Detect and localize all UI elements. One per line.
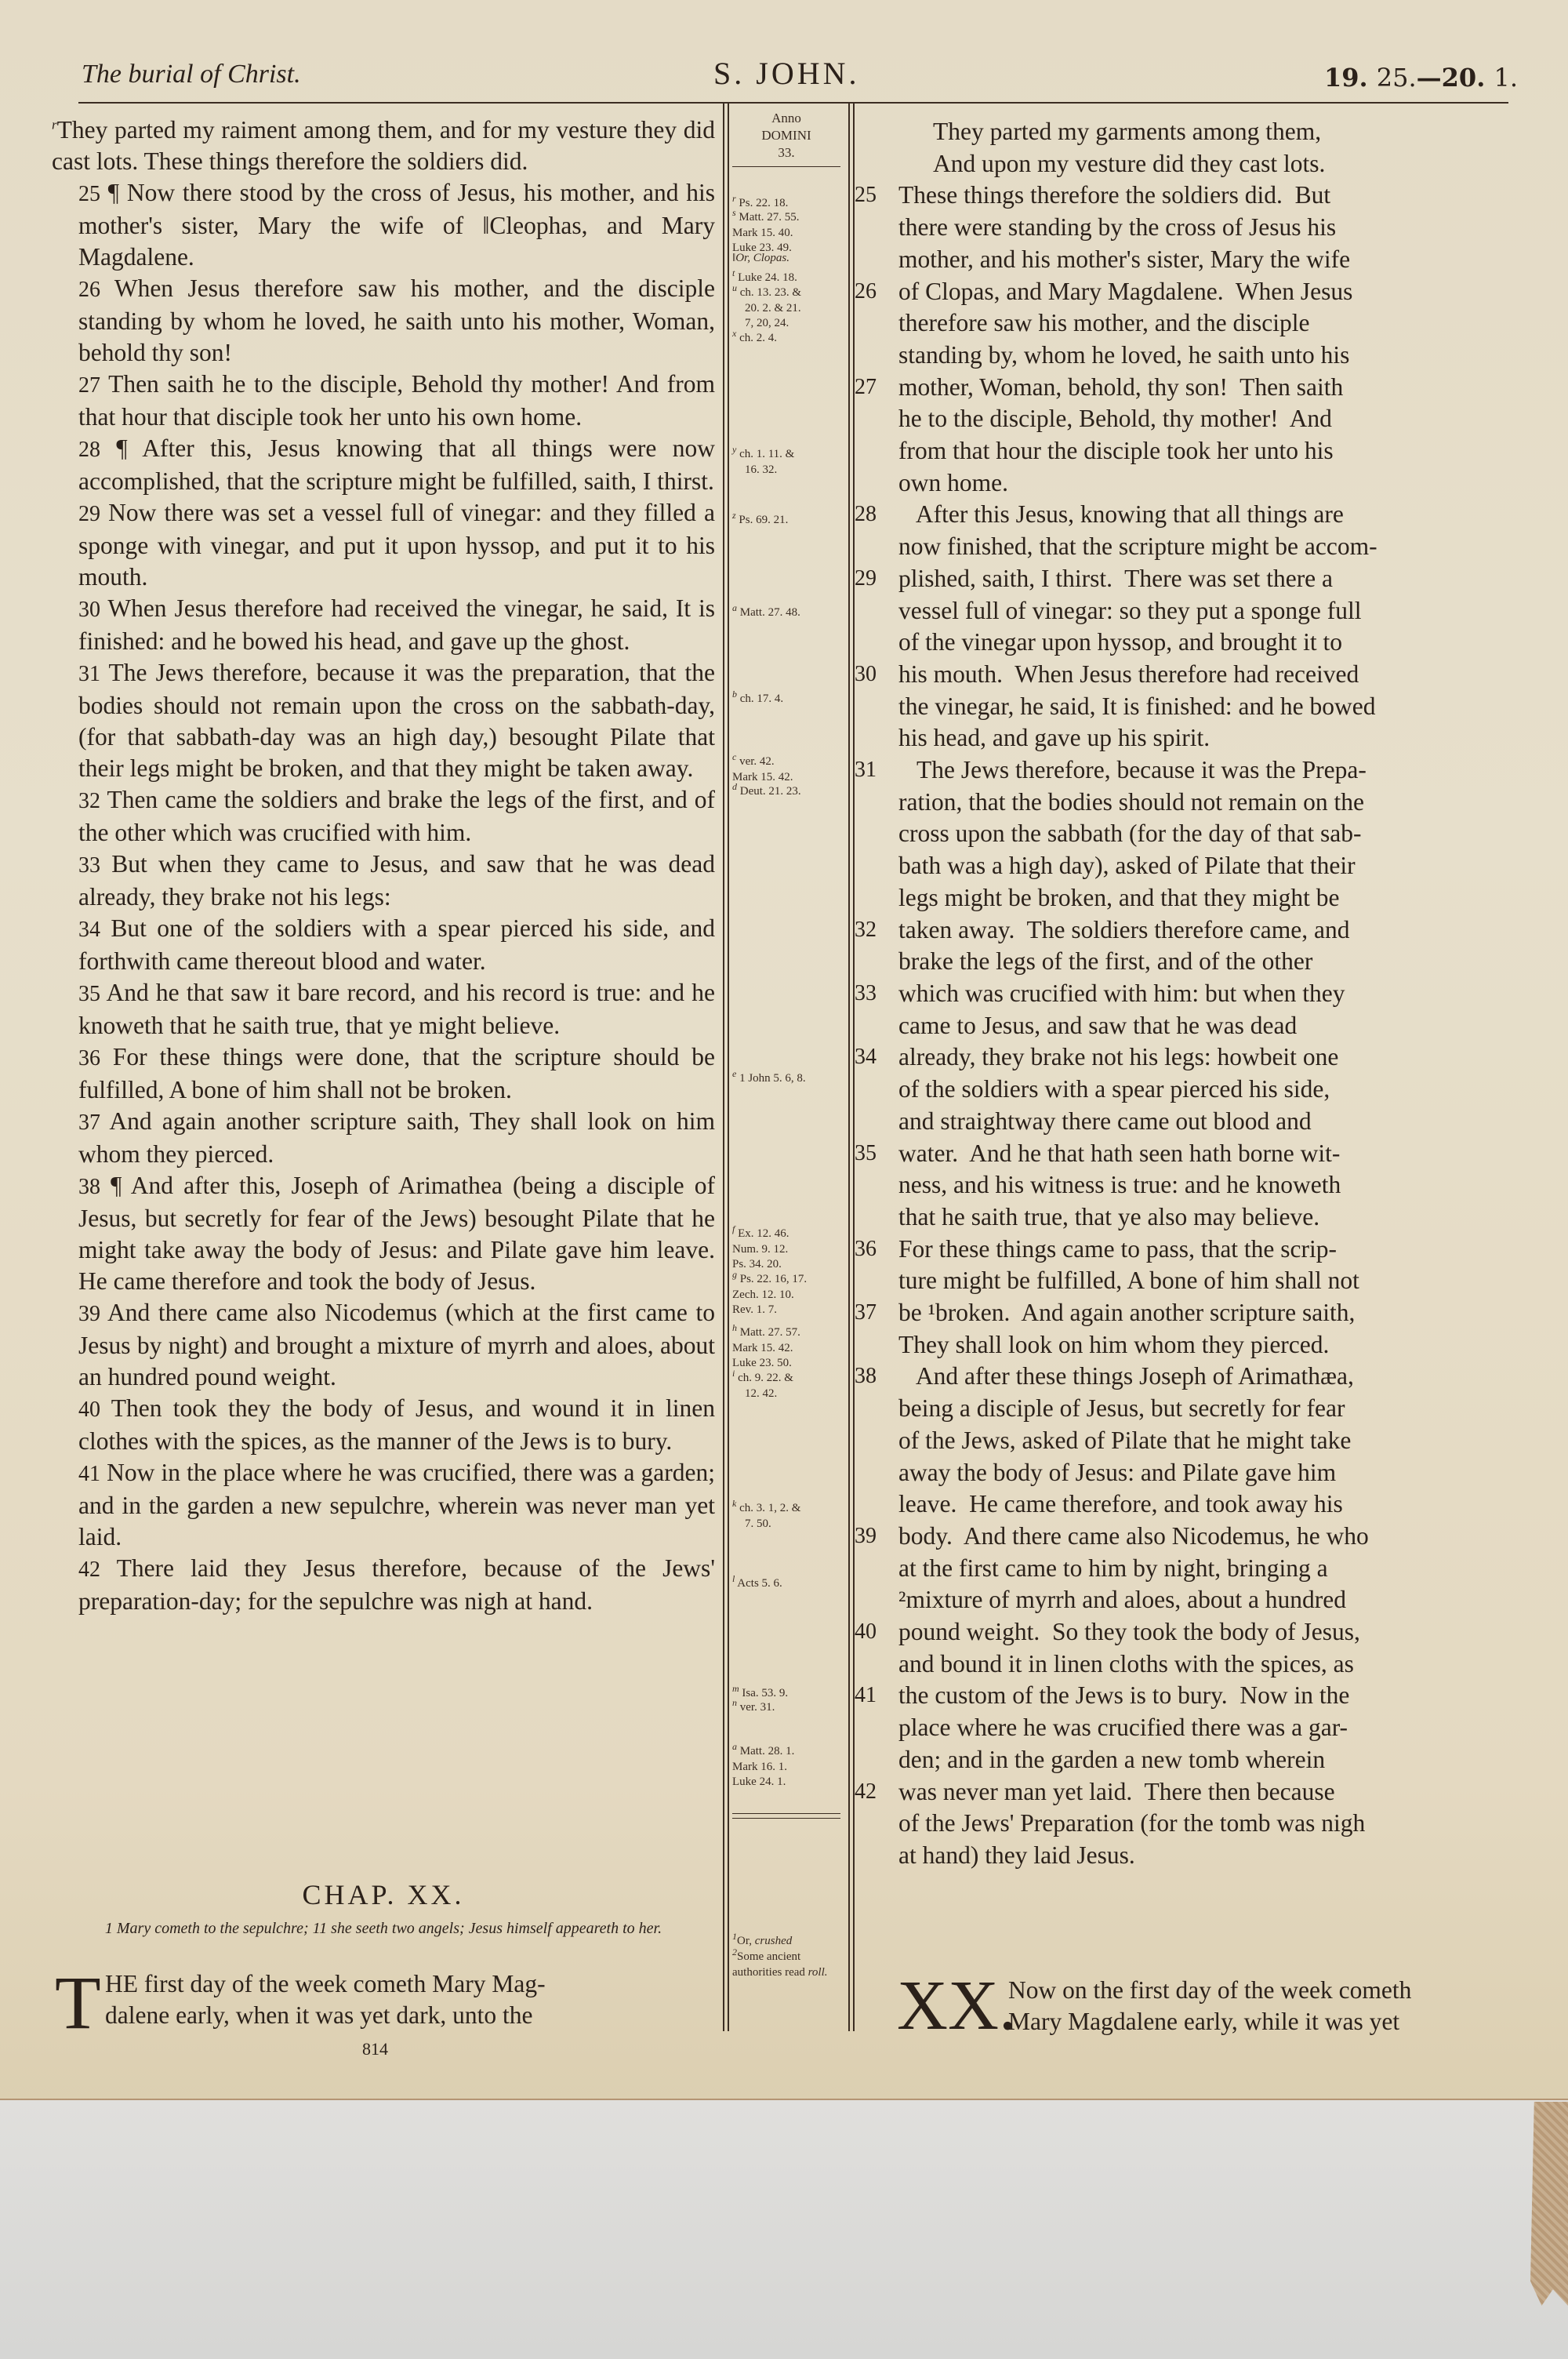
revised-version-column: They parted my garments among them, And … xyxy=(861,116,1516,1872)
revised-line: ²mixture of myrrh and aloes, about a hun… xyxy=(898,1584,1516,1616)
line-text: And after these things Joseph of Arimath… xyxy=(898,1362,1354,1390)
revised-line: ness, and his witness is true: and he kn… xyxy=(898,1169,1516,1201)
revised-line: leave. He came therefore, and took away … xyxy=(898,1488,1516,1521)
revised-line: of the vinegar upon hyssop, and brought … xyxy=(898,627,1516,659)
revised-line: that he saith true, that ye also may bel… xyxy=(898,1201,1516,1234)
line-text: of Clopas, and Mary Magdalene. When Jesu… xyxy=(898,278,1352,305)
line-text: the vinegar, he said, It is finished: an… xyxy=(898,692,1375,720)
revised-line: 34already, they brake not his legs: howb… xyxy=(898,1041,1516,1074)
verse-27: 27 Then saith he to the disciple, Behold… xyxy=(52,369,715,433)
verse-number: 38 xyxy=(855,1361,877,1393)
margin-ref-a: a Matt. 27. 48. xyxy=(732,601,842,621)
line-text: already, they brake not his legs: howbei… xyxy=(898,1043,1338,1070)
line-text: be ¹broken. And again another scripture … xyxy=(898,1299,1355,1326)
revised-line: 40pound weight. So they took the body of… xyxy=(898,1616,1516,1648)
revised-line: from that hour the disciple took her unt… xyxy=(898,435,1516,467)
poem-quote: They parted my garments among them, And … xyxy=(861,116,1516,180)
revised-line: 26of Clopas, and Mary Magdalene. When Je… xyxy=(898,276,1516,308)
margin-ref-x: x ch. 2. 4. xyxy=(732,326,842,347)
chapter-20-opening: Now on the first day of the week cometh … xyxy=(938,1975,1568,2037)
line-text: was never man yet laid. There then becau… xyxy=(898,1778,1335,1805)
line-text: therefore saw his mother, and the discip… xyxy=(898,309,1309,336)
line-text: place where he was crucified there was a… xyxy=(898,1714,1348,1741)
line-text: bath was a high day), asked of Pilate th… xyxy=(898,852,1356,879)
revised-line: standing by, whom he loved, he saith unt… xyxy=(898,340,1516,372)
verse-25: 25 ¶ Now there stood by the cross of Jes… xyxy=(52,177,715,273)
revised-line: vessel full of vinegar: so they put a sp… xyxy=(898,595,1516,627)
revised-line: 35water. And he that hath seen hath born… xyxy=(898,1138,1516,1170)
line-text: and straightway there came out blood and xyxy=(898,1107,1312,1135)
line-text: mother, and his mother's sister, Mary th… xyxy=(898,245,1350,273)
line-text: there were standing by the cross of Jesu… xyxy=(898,213,1336,241)
revised-line: he to the disciple, Behold, thy mother! … xyxy=(898,403,1516,435)
line-text: ration, that the bodies should not remai… xyxy=(898,788,1364,816)
line-text: water. And he that hath seen hath borne … xyxy=(898,1140,1340,1167)
chapter-summary: 1 Mary cometh to the sepulchre; 11 she s… xyxy=(52,1918,715,1939)
verse-number: 28 xyxy=(855,499,877,531)
bookmark-ribbon xyxy=(1530,2102,1568,2306)
margin-ref-k: k ch. 3. 1, 2. &7. 50. xyxy=(732,1496,842,1532)
margin-ref-y: y ch. 1. 11. &16. 32. xyxy=(732,442,842,478)
verse-33: 33 But when they came to Jesus, and saw … xyxy=(52,849,715,913)
revised-line: 41the custom of the Jews is to bury. Now… xyxy=(898,1680,1516,1712)
line-text: at hand) they laid Jesus. xyxy=(898,1841,1135,1869)
revised-line: 31 The Jews therefore, because it was th… xyxy=(898,754,1516,787)
revised-line: cross upon the sabbath (for the day of t… xyxy=(898,818,1516,850)
line-text: of the vinegar upon hyssop, and brought … xyxy=(898,628,1342,656)
revised-line: therefore saw his mother, and the discip… xyxy=(898,307,1516,340)
revised-line: legs might be broken, and that they migh… xyxy=(898,882,1516,914)
line-text: his mouth. When Jesus therefore had rece… xyxy=(898,660,1359,688)
revised-line: 27mother, Woman, behold, thy son! Then s… xyxy=(898,372,1516,404)
line-text: being a disciple of Jesus, but secretly … xyxy=(898,1394,1345,1422)
book-title: S. JOHN. xyxy=(713,55,859,92)
line-text: ²mixture of myrrh and aloes, about a hun… xyxy=(898,1586,1346,1613)
range-verse-end: 1. xyxy=(1494,63,1518,93)
line-text: They shall look on him whom they pierced… xyxy=(898,1331,1329,1358)
line-text: vessel full of vinegar: so they put a sp… xyxy=(898,597,1362,624)
line-text: mother, Woman, behold, thy son! Then sai… xyxy=(898,373,1343,401)
header-rule xyxy=(78,102,1508,104)
line-text: ness, and his witness is true: and he kn… xyxy=(898,1171,1341,1198)
column-divider-right-a xyxy=(848,102,850,2031)
margin-ref-b: b ch. 17. 4. xyxy=(732,687,842,707)
revised-line: his head, and gave up his spirit. xyxy=(898,722,1516,754)
margin-references: Anno DOMINI 33. r Ps. 22. 18. s Matt. 27… xyxy=(728,110,845,181)
line-text: away the body of Jesus: and Pilate gave … xyxy=(898,1459,1336,1486)
margin-ref-n: n ver. 31. xyxy=(732,1696,842,1716)
line-text: at the first came to him by night, bring… xyxy=(898,1554,1328,1582)
revised-line: there were standing by the cross of Jesu… xyxy=(898,212,1516,244)
verse-number: 39 xyxy=(855,1521,877,1553)
line-text: leave. He came therefore, and took away … xyxy=(898,1490,1343,1518)
range-separator: — xyxy=(1417,63,1442,93)
line-text: of the Jews, asked of Pilate that he mig… xyxy=(898,1427,1351,1454)
background-surface xyxy=(0,2100,1568,2359)
revised-line: 37be ¹broken. And again another scriptur… xyxy=(898,1297,1516,1329)
revised-line: now finished, that the scripture might b… xyxy=(898,531,1516,563)
revised-line: 29plished, saith, I thirst. There was se… xyxy=(898,563,1516,595)
verse-number: 36 xyxy=(855,1234,877,1266)
line-text: body. And there came also Nicodemus, he … xyxy=(898,1522,1369,1550)
line-text: his head, and gave up his spirit. xyxy=(898,724,1210,751)
verse-number: 31 xyxy=(855,754,877,787)
revised-line: 36For these things came to pass, that th… xyxy=(898,1234,1516,1266)
verse-number: 34 xyxy=(855,1041,877,1074)
line-text: taken away. The soldiers therefore came,… xyxy=(898,916,1350,943)
line-text: that he saith true, that ye also may bel… xyxy=(898,1203,1319,1230)
revised-line: 38 And after these things Joseph of Arim… xyxy=(898,1361,1516,1393)
line-text: After this Jesus, knowing that all thing… xyxy=(898,500,1344,528)
verse-intro: rThey parted my raiment among them, and … xyxy=(52,114,715,177)
revised-line: 25These things therefore the soldiers di… xyxy=(898,180,1516,212)
verse-number: 35 xyxy=(855,1138,877,1170)
margin-note-clopas: ‖Or, Clopas. xyxy=(732,251,842,267)
revised-line: 28 After this Jesus, knowing that all th… xyxy=(898,499,1516,531)
verse-31: 31 The Jews therefore, because it was th… xyxy=(52,657,715,784)
verse-32: 32 Then came the soldiers and brake the … xyxy=(52,784,715,849)
line-text: These things therefore the soldiers did.… xyxy=(898,181,1330,209)
margin-notes-rule-a xyxy=(732,1813,840,1814)
line-text: brake the legs of the first, and of the … xyxy=(898,947,1312,975)
anno-rule xyxy=(732,166,840,167)
page-number: 814 xyxy=(362,2039,388,2059)
line-text: of the soldiers with a spear pierced his… xyxy=(898,1075,1330,1103)
revised-line: at the first came to him by night, bring… xyxy=(898,1553,1516,1585)
verse-41: 41 Now in the place where he was crucifi… xyxy=(52,1457,715,1553)
margin-ref-d: d Deut. 21. 23. xyxy=(732,780,842,800)
line-text: cross upon the sabbath (for the day of t… xyxy=(898,820,1361,847)
verse-number: 42 xyxy=(855,1776,877,1808)
line-text: now finished, that the scripture might b… xyxy=(898,533,1377,560)
margin-ref-f: f Ex. 12. 46.Num. 9. 12.Ps. 34. 20. xyxy=(732,1222,842,1273)
verse-number: 41 xyxy=(855,1680,877,1712)
margin-ref-s: s Matt. 27. 55.Mark 15. 40.Luke 23. 49. xyxy=(732,205,842,256)
revised-line: brake the legs of the first, and of the … xyxy=(898,946,1516,978)
range-chapter-end: 20. xyxy=(1442,63,1486,93)
line-text: came to Jesus, and saw that he was dead xyxy=(898,1012,1297,1039)
verse-number: 37 xyxy=(855,1297,877,1329)
revised-line: bath was a high day), asked of Pilate th… xyxy=(898,850,1516,882)
margin-note-2: 2Some ancient authorities read roll. xyxy=(732,1945,842,1980)
verse-39: 39 And there came also Nicodemus (which … xyxy=(52,1297,715,1393)
margin-ref-z: z Ps. 69. 21. xyxy=(732,508,842,529)
revised-line: 32taken away. The soldiers therefore cam… xyxy=(898,914,1516,947)
verse-28: 28 ¶ After this, Jesus knowing that all … xyxy=(52,433,715,497)
revised-line: away the body of Jesus: and Pilate gave … xyxy=(898,1457,1516,1489)
line-text: For these things came to pass, that the … xyxy=(898,1235,1337,1263)
margin-ref-e: e 1 John 5. 6, 8. xyxy=(732,1067,842,1087)
verse-30: 30 When Jesus therefore had received the… xyxy=(52,593,715,657)
verse-number: 25 xyxy=(855,180,877,212)
line-text: from that hour the disciple took her unt… xyxy=(898,437,1334,464)
margin-notes-rule-b xyxy=(732,1818,840,1819)
revised-line: 42was never man yet laid. There then bec… xyxy=(898,1776,1516,1808)
line-text: pound weight. So they took the body of J… xyxy=(898,1618,1360,1645)
margin-ref-a-ch20: a Matt. 28. 1.Mark 16. 1.Luke 24. 1. xyxy=(732,1739,842,1790)
line-text: of the Jews' Preparation (for the tomb w… xyxy=(898,1809,1365,1837)
verse-number: 29 xyxy=(855,563,877,595)
revised-line: mother, and his mother's sister, Mary th… xyxy=(898,244,1516,276)
revised-line: came to Jesus, and saw that he was dead xyxy=(898,1010,1516,1042)
revised-line: ture might be fulfilled, A bone of him s… xyxy=(898,1265,1516,1297)
revised-line: ration, that the bodies should not remai… xyxy=(898,787,1516,819)
verse-number: 32 xyxy=(855,914,877,947)
revised-line: own home. xyxy=(898,467,1516,500)
revised-line: of the Jews' Preparation (for the tomb w… xyxy=(898,1808,1516,1840)
verse-number: 33 xyxy=(855,978,877,1010)
verse-number: 40 xyxy=(855,1616,877,1648)
line-text: own home. xyxy=(898,469,1008,496)
margin-ref-u: u ch. 13. 23. &20. 2. & 21.7, 20, 24. xyxy=(732,281,842,332)
chapter-verse-range: 19. 25.—20. 1. xyxy=(1324,63,1518,93)
margin-ref-i: i ch. 9. 22. &12. 42. xyxy=(732,1366,842,1401)
revised-text-lines: 25These things therefore the soldiers di… xyxy=(861,180,1516,1871)
revised-line: 39body. And there came also Nicodemus, h… xyxy=(898,1521,1516,1553)
verse-number: 27 xyxy=(855,372,877,404)
revised-line: of the Jews, asked of Pilate that he mig… xyxy=(898,1425,1516,1457)
line-text: legs might be broken, and that they migh… xyxy=(898,884,1340,911)
range-chapter-start: 19. xyxy=(1324,63,1368,93)
verse-37: 37 And again another scripture saith, Th… xyxy=(52,1106,715,1170)
anno-domini: Anno DOMINI 33. xyxy=(728,110,845,162)
line-text: ture might be fulfilled, A bone of him s… xyxy=(898,1267,1359,1294)
revised-line: place where he was crucified there was a… xyxy=(898,1712,1516,1744)
column-divider-left-b xyxy=(728,102,729,2031)
drop-cap: T xyxy=(55,1972,101,2034)
margin-ref-h: h Matt. 27. 57.Mark 15. 42.Luke 23. 50. xyxy=(732,1321,842,1372)
margin-ref-l: l Acts 5. 6. xyxy=(732,1572,842,1592)
column-divider-left-a xyxy=(723,102,724,2031)
revised-line: at hand) they laid Jesus. xyxy=(898,1840,1516,1872)
line-text: standing by, whom he loved, he saith unt… xyxy=(898,341,1349,369)
revised-line: of the soldiers with a spear pierced his… xyxy=(898,1074,1516,1106)
range-verse-start: 25. xyxy=(1377,63,1417,93)
revised-line: the vinegar, he said, It is finished: an… xyxy=(898,691,1516,723)
line-text: den; and in the garden a new tomb wherei… xyxy=(898,1746,1325,1773)
verse-35: 35 And he that saw it bare record, and h… xyxy=(52,977,715,1041)
verse-29: 29 Now there was set a vessel full of vi… xyxy=(52,497,715,593)
revised-line: and bound it in linen cloths with the sp… xyxy=(898,1648,1516,1681)
verse-40: 40 Then took they the body of Jesus, and… xyxy=(52,1393,715,1457)
line-text: he to the disciple, Behold, thy mother! … xyxy=(898,405,1332,432)
revised-line: They shall look on him whom they pierced… xyxy=(898,1329,1516,1361)
line-text: plished, saith, I thirst. There was set … xyxy=(898,565,1333,592)
chapter-heading: CHAP. XX. xyxy=(52,1879,715,1910)
verse-number: 26 xyxy=(855,276,877,308)
verse-26: 26 When Jesus therefore saw his mother, … xyxy=(52,273,715,369)
revised-line: den; and in the garden a new tomb wherei… xyxy=(898,1744,1516,1776)
revised-line: and straightway there came out blood and xyxy=(898,1106,1516,1138)
line-text: which was crucified with him: but when t… xyxy=(898,980,1345,1007)
revised-line: being a disciple of Jesus, but secretly … xyxy=(898,1393,1516,1425)
verse-38: 38 ¶ And after this, Joseph of Arimathea… xyxy=(52,1170,715,1297)
authorized-version-column: rThey parted my raiment among them, and … xyxy=(52,114,715,1617)
verse-34: 34 But one of the soldiers with a spear … xyxy=(52,913,715,977)
verse-42: 42 There laid they Jesus therefore, beca… xyxy=(52,1553,715,1617)
margin-ref-g: g Ps. 22. 16, 17.Zech. 12. 10.Rev. 1. 7. xyxy=(732,1267,842,1318)
line-text: and bound it in linen cloths with the sp… xyxy=(898,1650,1354,1677)
running-head-title: The burial of Christ. xyxy=(82,60,301,89)
line-text: the custom of the Jews is to bury. Now i… xyxy=(898,1681,1349,1709)
chapter-20-verse-1: HE first day of the week cometh Mary Mag… xyxy=(105,1968,717,2031)
revised-line: 33which was crucified with him: but when… xyxy=(898,978,1516,1010)
book-page: The burial of Christ. S. JOHN. 19. 25.—2… xyxy=(0,0,1568,2103)
revised-line: 30his mouth. When Jesus therefore had re… xyxy=(898,659,1516,691)
line-text: The Jews therefore, because it was the P… xyxy=(898,756,1367,783)
verse-number: 30 xyxy=(855,659,877,691)
verse-36: 36 For these things were done, that the … xyxy=(52,1041,715,1106)
